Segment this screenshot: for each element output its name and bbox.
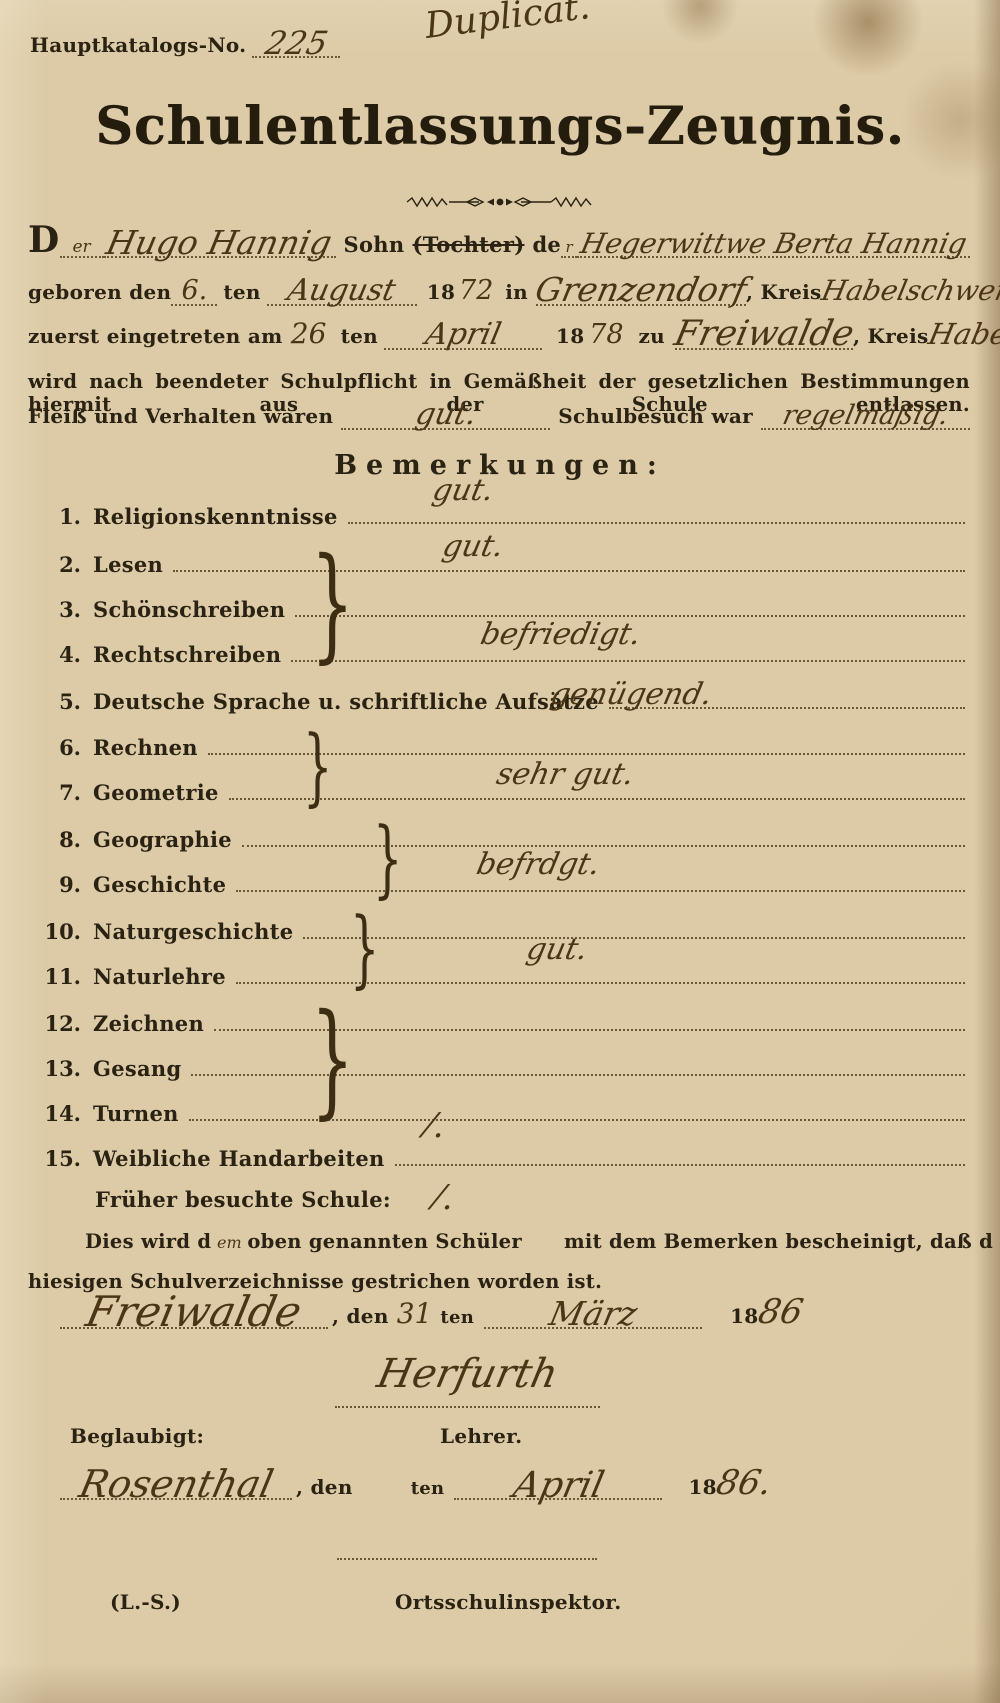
cert-hw-er: er	[993, 1238, 1000, 1248]
issue-month: März	[548, 1304, 639, 1324]
issue-date-line: Freiwalde , den 31 ten März 18 86	[60, 1296, 802, 1329]
remarks-row-11: 11.Naturlehre	[35, 958, 965, 989]
entry-month: April	[424, 326, 502, 344]
remarks-row-12: 12.Zeichnen	[35, 1005, 965, 1036]
attestation-den-label: , den	[296, 1475, 353, 1499]
issue-ten-label: ten	[440, 1307, 474, 1328]
item-label: Rechtschreiben	[93, 642, 281, 667]
birth-day-fill: 6.	[171, 280, 217, 306]
century-2: 18	[556, 324, 584, 348]
fill-line	[191, 1050, 965, 1076]
item-label: Zeichnen	[93, 1011, 204, 1036]
item-number: 15.	[35, 1146, 81, 1171]
item-number: 7.	[35, 780, 81, 805]
entry-day-fill: 26	[283, 324, 335, 348]
school-kreis: Habelschwerdt	[927, 326, 1000, 343]
issue-century: 18	[730, 1304, 758, 1328]
catalog-number-fill: 225	[252, 32, 340, 58]
item-number: 13.	[35, 1056, 81, 1081]
remarks-list: 1.Religionskenntnisse 2.Lesen 3.Schönsch…	[35, 498, 965, 1198]
student-name: Hugo Hannig	[105, 233, 333, 253]
teacher-label: Lehrer.	[440, 1424, 522, 1448]
seal-label: (L.-S.)	[110, 1590, 181, 1614]
born-label: geboren den	[28, 280, 171, 304]
issue-month-fill: März	[484, 1302, 702, 1329]
brace-rows-6-7: }	[303, 724, 332, 808]
fill-line	[395, 1140, 965, 1166]
birth-month-fill: August	[267, 280, 417, 306]
inspector-signature-line	[337, 1548, 597, 1560]
previous-school-label: Früher besuchte Schule:	[95, 1187, 391, 1212]
kreis-label-1: , Kreis	[746, 280, 822, 304]
issue-year: 86	[756, 1302, 804, 1322]
inspector-label: Ortsschulinspektor.	[395, 1590, 621, 1614]
item-label: Rechnen	[93, 735, 198, 760]
article-fill: er	[60, 237, 104, 258]
entry-day: 26	[291, 317, 327, 350]
item-label: Naturgeschichte	[93, 919, 293, 944]
entry-year: 78	[589, 319, 623, 350]
item-label: Geographie	[93, 827, 232, 852]
item-number: 12.	[35, 1011, 81, 1036]
article-printed: D	[28, 226, 60, 255]
conduct-value: gut.	[414, 406, 478, 424]
item-number: 11.	[35, 964, 81, 989]
parent-name: Hegerwittwe Berta Hannig	[579, 236, 968, 253]
remarks-row-1: 1.Religionskenntnisse	[35, 498, 965, 529]
remarks-row-14: 14.Turnen	[35, 1095, 965, 1126]
remarks-row-6: 6.Rechnen	[35, 729, 965, 760]
brace-rows-12-14: }	[311, 998, 354, 1122]
birth-place-fill: Grenzendorf	[536, 278, 746, 306]
ten-label-2: ten	[341, 324, 378, 348]
entered-label: zuerst eingetreten am	[28, 324, 283, 348]
fill-line	[242, 821, 965, 847]
birth-year-fill: 72	[455, 280, 497, 304]
attestation-year: 86.	[715, 1473, 773, 1493]
attestation-date-line: Rosenthal , den ten April 18 86.	[60, 1470, 771, 1500]
item-label: Turnen	[93, 1101, 179, 1126]
attestation-month: April	[512, 1475, 606, 1497]
birth-month: August	[286, 282, 397, 300]
issue-place: Freiwalde	[84, 1299, 303, 1324]
intro-line-2: geboren den 6. ten August 18 72 in Grenz…	[28, 278, 970, 306]
de-hw: r	[566, 238, 573, 256]
birth-kreis: Habelschwerdt	[820, 283, 1000, 300]
conduct-label: Fleiß und Verhalten waren	[28, 404, 333, 428]
attendance-value: regelmäßig.	[781, 408, 949, 424]
remarks-heading: Bemerkungen:	[0, 450, 1000, 481]
catalog-number-value: 225	[264, 34, 329, 53]
grade-group-2-4: gut.	[441, 538, 505, 556]
brace-rows-8-9: }	[373, 816, 402, 900]
item-label: Gesang	[93, 1056, 181, 1081]
fill-line	[303, 913, 965, 939]
catalog-label: Hauptkatalogs-No.	[30, 33, 246, 57]
grade-religionskenntnisse: gut.	[431, 482, 495, 500]
cert-part2: oben genannten Schüler	[247, 1230, 522, 1253]
item-number: 8.	[35, 827, 81, 852]
previous-school-mark: ⁄.	[436, 1188, 453, 1208]
grade-handarbeiten-mark: ⁄.	[427, 1116, 444, 1136]
son-label: Sohn	[344, 232, 405, 257]
attestation-month-fill: April	[454, 1472, 662, 1500]
remarks-row-10: 10.Naturgeschichte	[35, 913, 965, 944]
document-title: Schulentlassungs-Zeugnis.	[0, 96, 1000, 157]
grade-group-10-11: befrdgt.	[475, 856, 601, 874]
parent-fill: Hegerwittwe Berta Hannig	[577, 235, 970, 258]
teacher-signature: Herfurth	[375, 1362, 559, 1386]
item-number: 2.	[35, 552, 81, 577]
attestation-century: 18	[688, 1475, 716, 1499]
issue-place-fill: Freiwalde	[60, 1296, 328, 1329]
duplicate-note-text: Duplicat.	[423, 0, 592, 47]
fill-line	[236, 866, 965, 892]
item-number: 6.	[35, 735, 81, 760]
conduct-line: Fleiß und Verhalten waren gut. Schulbesu…	[28, 404, 970, 430]
attendance-fill: regelmäßig.	[761, 404, 970, 430]
remarks-row-15: 15.Weibliche Handarbeiten	[35, 1140, 965, 1171]
item-number: 4.	[35, 642, 81, 667]
brace-rows-10-11: }	[350, 906, 379, 990]
item-label: Naturlehre	[93, 964, 226, 989]
remarks-row-13: 13.Gesang	[35, 1050, 965, 1081]
item-label: Geschichte	[93, 872, 226, 897]
in-label: in	[505, 280, 528, 304]
issue-den-label: , den	[332, 1304, 389, 1328]
item-number: 3.	[35, 597, 81, 622]
attendance-label: Schulbesuch war	[558, 404, 753, 428]
attestation-place: Rosenthal	[77, 1473, 274, 1496]
grade-group-12-14: gut.	[525, 941, 589, 959]
issue-day: 31	[397, 1306, 433, 1323]
century-1: 18	[427, 280, 455, 304]
certification-line-1: Dies wird d em oben genannten Schüler mi…	[85, 1230, 968, 1253]
cert-hw-em: em	[211, 1238, 247, 1248]
entry-year-fill: 78	[584, 324, 628, 348]
school-kreis-fill: Habelschwerdt	[929, 324, 1000, 348]
de-fill: r	[561, 237, 577, 258]
item-label: Deutsche Sprache u. schriftliche Aufsätz…	[93, 689, 599, 714]
student-name-fill: Hugo Hannig	[104, 231, 336, 258]
attestation-ten-label: ten	[411, 1478, 445, 1499]
divider-ornament	[0, 194, 1000, 213]
intro-line-1: D er Hugo Hannig Sohn (Tochter) de r Heg…	[28, 226, 970, 258]
item-label: Weibliche Handarbeiten	[93, 1146, 385, 1171]
grade-group-6-7: genügend.	[549, 686, 713, 704]
item-label: Lesen	[93, 552, 163, 577]
brace-rows-2-4: }	[311, 542, 354, 666]
school-place-fill: Freiwalde	[675, 322, 853, 350]
article-hw: er	[72, 237, 90, 257]
birth-place: Grenzendorf	[534, 280, 748, 300]
item-number: 1.	[35, 504, 81, 529]
conduct-fill: gut.	[341, 404, 550, 430]
certified-label: Beglaubigt:	[70, 1424, 204, 1448]
birth-kreis-fill: Habelschwerdt	[822, 280, 1000, 304]
fill-line	[236, 958, 965, 984]
teacher-signature-line: Herfurth	[335, 1348, 600, 1408]
birth-day: 6.	[181, 275, 207, 306]
certificate-page: Hauptkatalogs-No. 225 Duplicat. Schulent…	[0, 0, 1000, 1703]
fill-line	[189, 1095, 965, 1121]
grade-group-8-9: sehr gut.	[495, 766, 635, 784]
catalog-number-block: Hauptkatalogs-No. 225	[30, 32, 340, 58]
birth-year: 72	[459, 275, 493, 306]
de-label: de	[532, 232, 561, 257]
item-number: 5.	[35, 689, 81, 714]
item-number: 9.	[35, 872, 81, 897]
remarks-row-5: 5.Deutsche Sprache u. schriftliche Aufsä…	[35, 683, 965, 714]
fill-line	[295, 591, 965, 617]
item-number: 10.	[35, 919, 81, 944]
attestation-place-fill: Rosenthal	[60, 1470, 292, 1500]
fill-line	[173, 546, 965, 572]
item-label: Religionskenntnisse	[93, 504, 338, 529]
ten-label-1: ten	[223, 280, 260, 304]
cert-part3: mit dem Bemerken bescheinigt, daß d	[564, 1230, 993, 1253]
zu-label: zu	[638, 324, 665, 348]
item-label: Schönschreiben	[93, 597, 285, 622]
previous-school-line: Früher besuchte Schule: ⁄.	[95, 1186, 452, 1212]
duplicate-note: Duplicat.	[424, 0, 592, 42]
cert-part1: Dies wird d	[85, 1230, 211, 1253]
grade-deutsche-sprache: befriedigt.	[479, 626, 642, 644]
intro-line-3: zuerst eingetreten am 26 ten April 18 78…	[28, 322, 970, 350]
school-place: Freiwalde	[673, 324, 856, 345]
entry-month-fill: April	[384, 324, 542, 350]
daughter-label: (Tochter)	[412, 232, 524, 257]
item-label: Geometrie	[93, 780, 219, 805]
item-number: 14.	[35, 1101, 81, 1126]
kreis-label-2: , Kreis	[853, 324, 929, 348]
divider-ornament-svg	[405, 195, 595, 209]
